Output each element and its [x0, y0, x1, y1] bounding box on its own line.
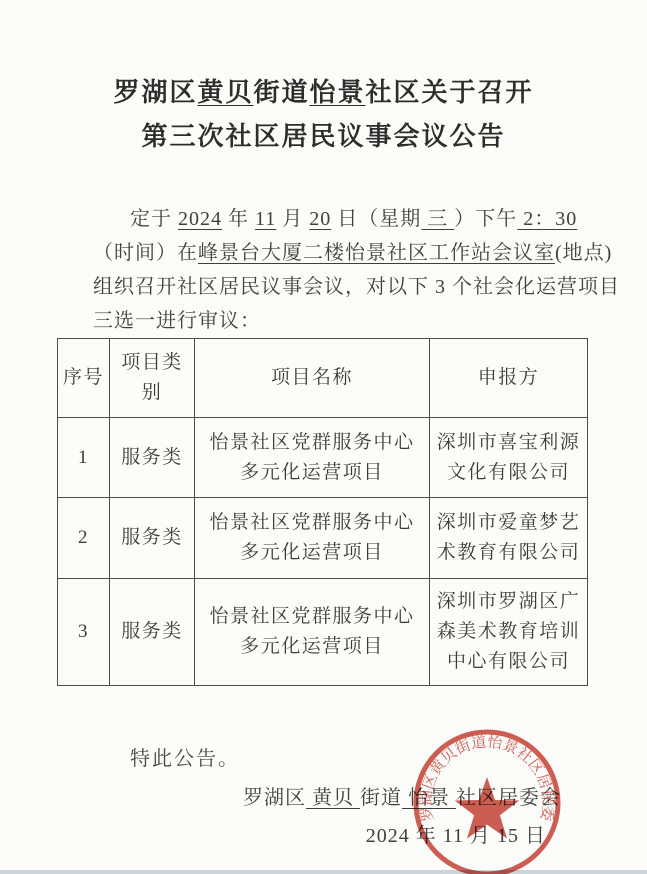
document-title: 罗湖区黄贝街道怡景社区关于召开 第三次社区居民议事会议公告 — [0, 70, 647, 158]
header-project-name: 项目名称 — [195, 339, 430, 418]
text-run: 年 — [222, 208, 255, 230]
underlined-text: 2：30 — [517, 208, 577, 230]
text-run: 街道 — [253, 77, 309, 107]
body-line: （时间）在峰景台大厦二楼怡景社区工作站会议室(地点) — [93, 236, 573, 270]
underlined-text: 11 — [255, 208, 276, 230]
signature-line: 罗湖区 黄贝 街道 怡景 社区居委会 — [243, 781, 561, 810]
cell-applicant: 深圳市罗湖区广森美术教育培训中心有限公司 — [430, 579, 588, 686]
title-line-1: 罗湖区黄贝街道怡景社区关于召开 — [0, 70, 647, 114]
underlined-text: 黄贝 — [197, 77, 253, 107]
body-line: 定于 2024 年 11 月 20 日（星期 三 ）下午 2：30 — [93, 202, 573, 236]
cell-project-name: 怡景社区党群服务中心多元化运营项目 — [195, 418, 430, 498]
header-category: 项目类别 — [110, 339, 195, 418]
body-line: 组织召开社区居民议事会议，对以下 3 个社会化运营项目 — [93, 270, 573, 304]
text-run: 街道 — [360, 787, 402, 809]
closing-statement: 特此公告。 — [130, 742, 240, 771]
table-header-row: 序号 项目类别 项目名称 申报方 — [58, 339, 588, 418]
cell-no: 1 — [58, 418, 110, 498]
table-row: 3服务类怡景社区党群服务中心多元化运营项目深圳市罗湖区广森美术教育培训中心有限公… — [58, 579, 588, 686]
notice-document: 罗湖区黄贝街道怡景社区关于召开 第三次社区居民议事会议公告 定于 2024 年 … — [0, 0, 647, 874]
cell-project-name: 怡景社区党群服务中心多元化运营项目 — [195, 579, 430, 686]
projects-table: 序号 项目类别 项目名称 申报方 1服务类怡景社区党群服务中心多元化运营项目深圳… — [57, 338, 588, 686]
cell-applicant: 深圳市爱童梦艺术教育有限公司 — [430, 498, 588, 579]
cell-project-name: 怡景社区党群服务中心多元化运营项目 — [195, 498, 430, 579]
cell-category: 服务类 — [110, 498, 195, 579]
scanner-edge-strip — [0, 870, 647, 874]
text-run: 日（星期 — [331, 208, 421, 230]
table-row: 1服务类怡景社区党群服务中心多元化运营项目深圳市喜宝利源文化有限公司 — [58, 418, 588, 498]
text-run: ）下午 — [454, 208, 517, 230]
text-run: 定于 — [130, 208, 178, 230]
underlined-text: 怡景 — [310, 77, 366, 107]
cell-no: 2 — [58, 498, 110, 579]
text-run: 社区关于召开 — [366, 77, 534, 107]
text-run: 组织召开社区居民议事会议，对以下 3 个社会化运营项目 — [93, 276, 620, 298]
text-run: 三选一进行审议： — [93, 310, 261, 332]
title-line-2: 第三次社区居民议事会议公告 — [0, 114, 647, 158]
underlined-text: 怡景 — [402, 787, 456, 809]
text-run: （时间）在 — [93, 242, 198, 264]
cell-no: 3 — [58, 579, 110, 686]
text-run: 罗湖区 — [243, 787, 306, 809]
header-applicant: 申报方 — [430, 339, 588, 418]
underlined-text: 20 — [309, 208, 331, 230]
underlined-text: 峰景台大厦二楼怡景社区工作站会议室 — [198, 242, 555, 264]
cell-category: 服务类 — [110, 579, 195, 686]
underlined-text: 黄贝 — [306, 787, 360, 809]
cell-applicant: 深圳市喜宝利源文化有限公司 — [430, 418, 588, 498]
table-row: 2服务类怡景社区党群服务中心多元化运营项目深圳市爱童梦艺术教育有限公司 — [58, 498, 588, 579]
text-run: (地点) — [555, 242, 612, 264]
header-no: 序号 — [58, 339, 110, 418]
text-run: 社区居委会 — [456, 787, 561, 809]
underlined-text: 2024 — [178, 208, 222, 230]
text-run: 月 — [276, 208, 309, 230]
underlined-text: 三 — [421, 208, 454, 230]
document-date: 2024 年 11 月 15 日 — [366, 819, 546, 848]
notice-body: 定于 2024 年 11 月 20 日（星期 三 ）下午 2：30 （时间）在峰… — [93, 202, 573, 338]
text-run: 罗湖区 — [113, 77, 197, 107]
body-line: 三选一进行审议： — [93, 304, 573, 338]
cell-category: 服务类 — [110, 418, 195, 498]
